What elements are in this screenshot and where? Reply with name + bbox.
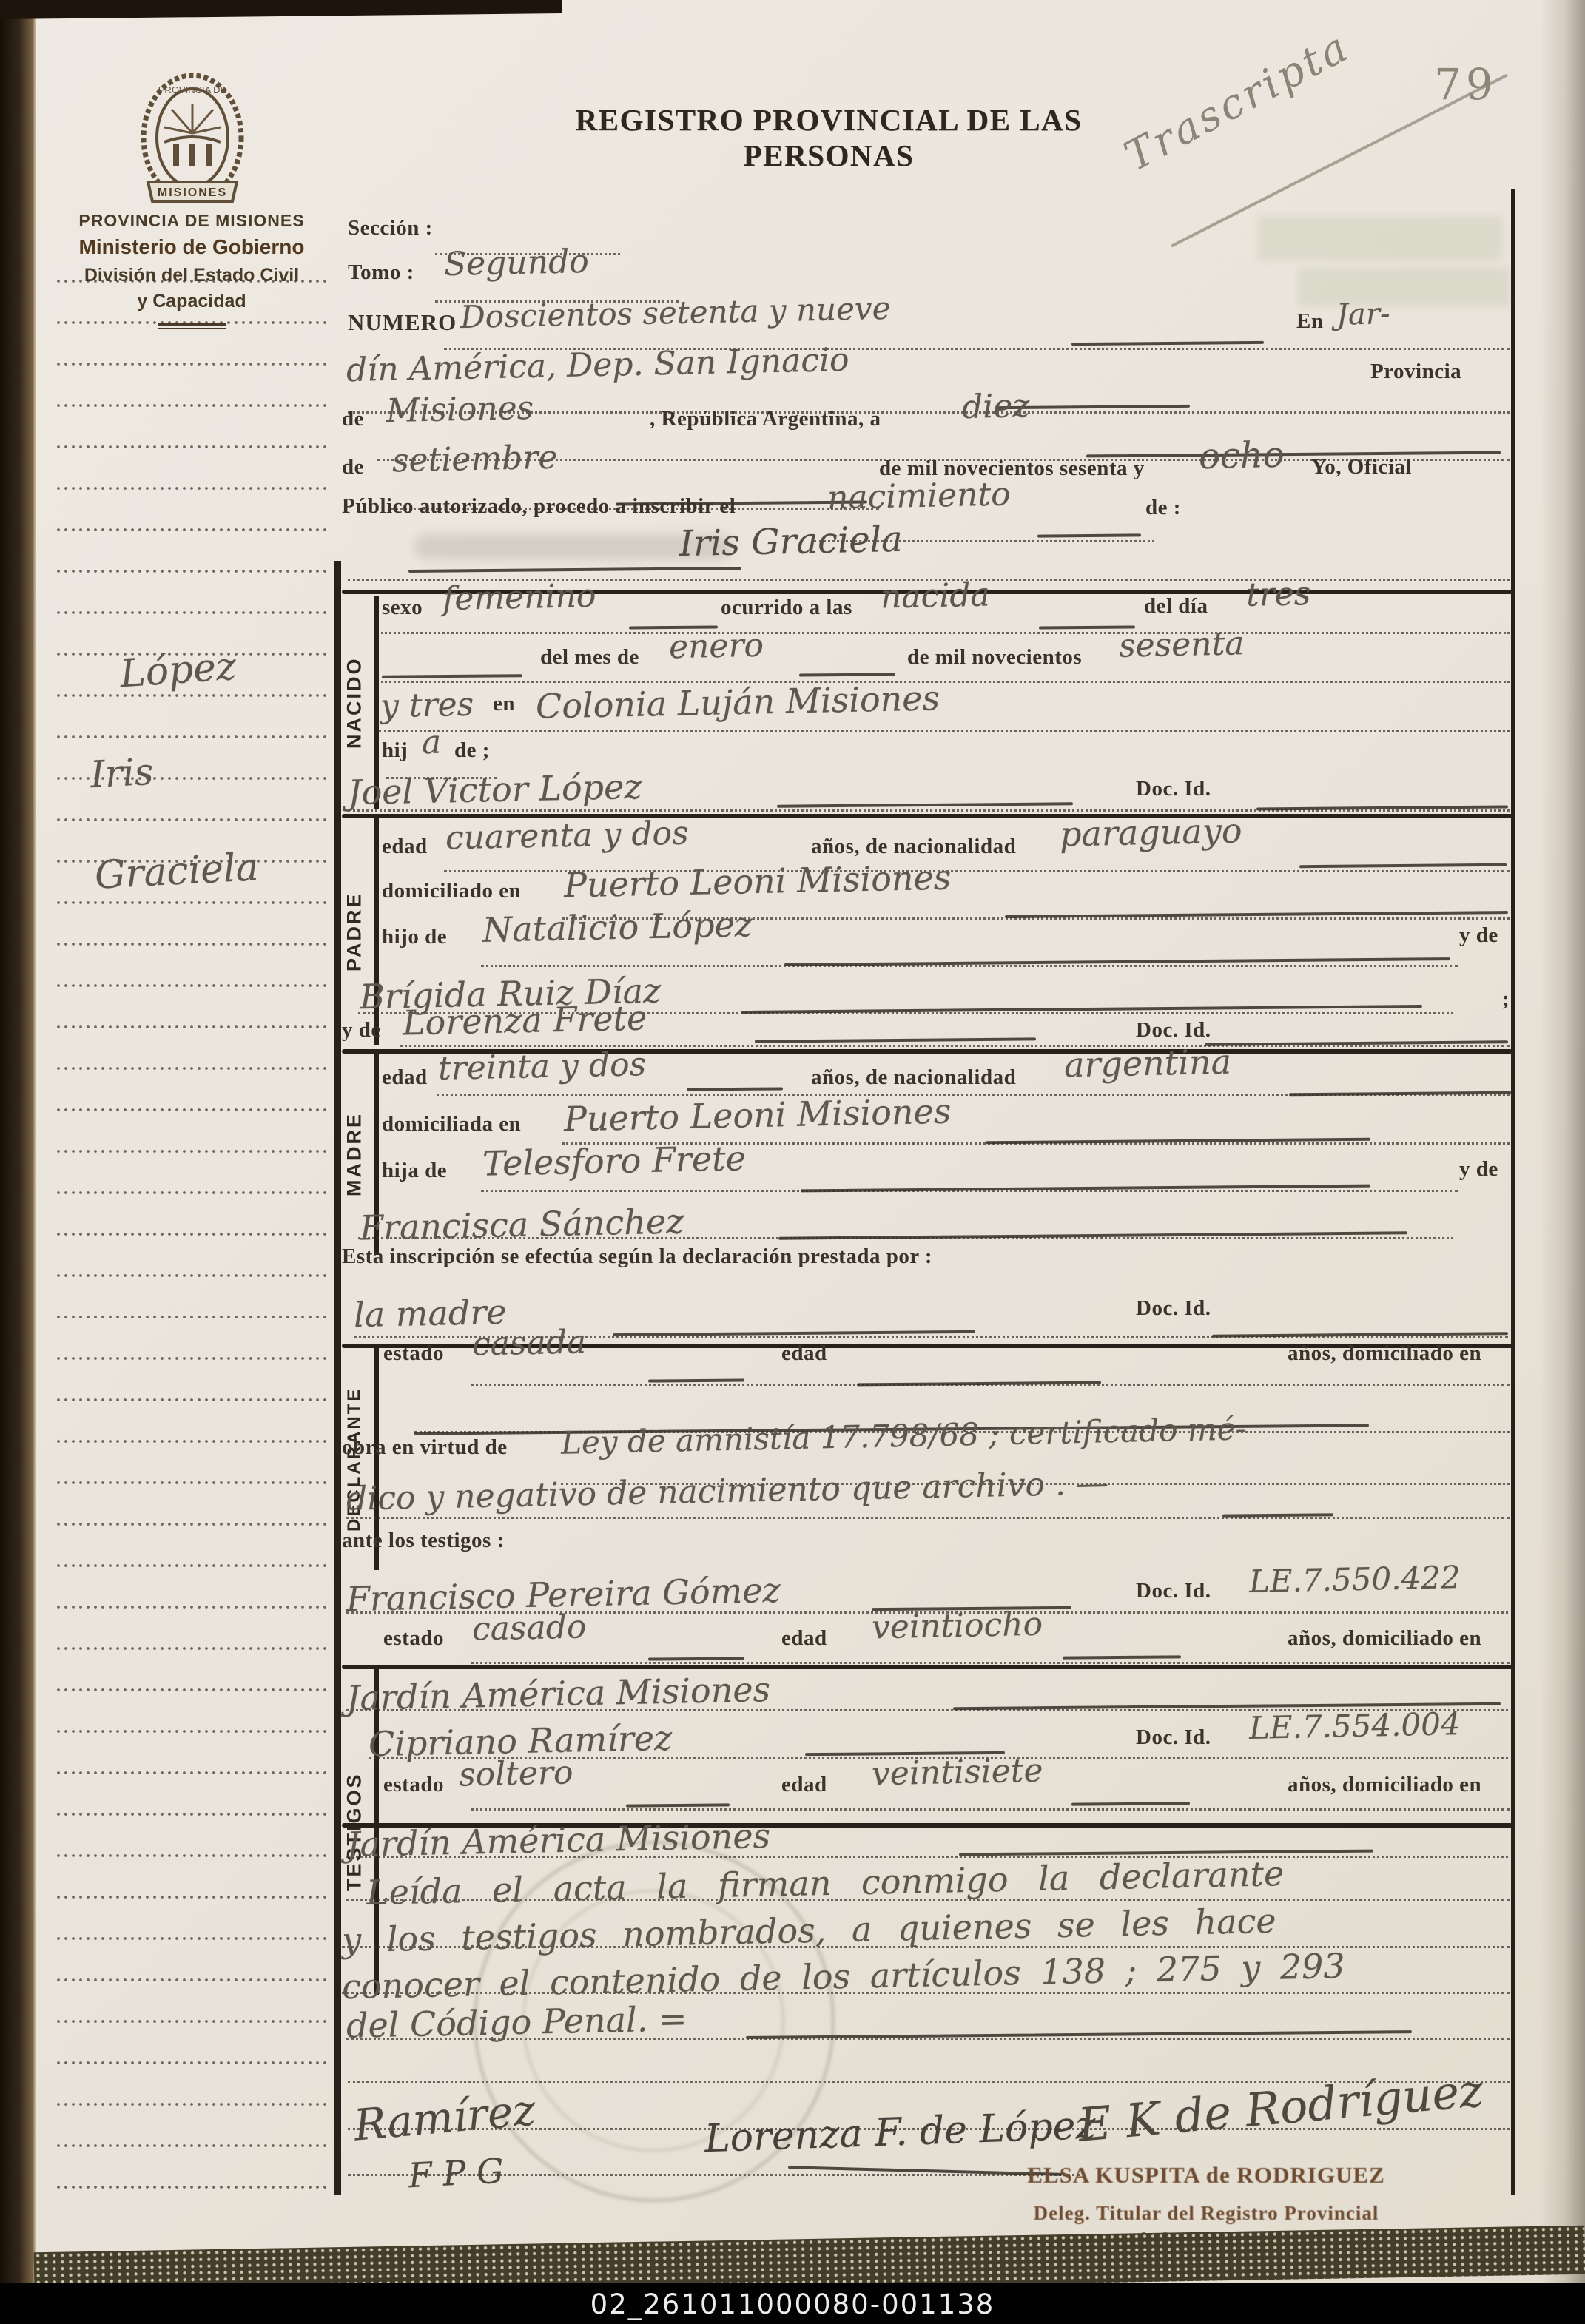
- anios-t1-label: años, domiciliado en: [1288, 1626, 1481, 1651]
- sello-oficial-nombre: ELSA KUSPITA de RODRIGUEZ: [888, 2162, 1524, 2189]
- edad-t1-label: edad: [781, 1626, 827, 1651]
- testigo1-docid-value: LE.7.550.422: [1249, 1559, 1461, 1600]
- testigo2-edad-value: veintisiete: [871, 1752, 1043, 1793]
- ocurrido-label: ocurrido a las: [721, 596, 852, 620]
- edad-madre-label: edad: [382, 1065, 428, 1090]
- mes-value: setiembre: [391, 439, 557, 480]
- dia-nacimiento-value: tres: [1245, 575, 1310, 614]
- margin-ruled-lines: [55, 244, 326, 2197]
- milnovecientos2-label: de mil novecientos: [907, 645, 1082, 670]
- de-mes-label: de: [342, 455, 364, 479]
- scanned-birth-record: PROVINCIA DE MISIONES PROVINCIA DE MISIO…: [0, 0, 1585, 2324]
- del-dia-label: del día: [1144, 594, 1208, 619]
- de-hijx-label: de ;: [454, 738, 490, 763]
- section-rule: [342, 1665, 1512, 1669]
- dotted-line: [379, 730, 1510, 732]
- y-de-madre-label: y de: [342, 1018, 381, 1043]
- dotted-line: [381, 681, 1510, 683]
- estado-t1-label: estado: [383, 1626, 444, 1651]
- dotted-line: [471, 1808, 1510, 1811]
- margin-first-name: Iris: [90, 750, 155, 796]
- domiciliado-label: domiciliado en: [382, 879, 521, 903]
- en-value: Jar-: [1336, 297, 1390, 332]
- anio-value: ocho: [1198, 434, 1285, 477]
- dotted-line: [346, 1517, 1510, 1519]
- madre-edad-value: treinta y dos: [437, 1045, 646, 1088]
- docid-madre-label: Doc. Id.: [1136, 1018, 1211, 1043]
- margin-surname: López: [118, 644, 238, 697]
- nacionalidad-madre-label: años, de nacionalidad: [811, 1065, 1016, 1090]
- hijo-de-label: hijo de: [382, 925, 447, 949]
- dotted-line: [381, 632, 1510, 634]
- abuela-materna-value: Francisca Sánchez: [359, 1201, 684, 1247]
- hija-de-label: hija de: [382, 1159, 447, 1183]
- testigo1-estado-value: casado: [471, 1608, 586, 1648]
- dotted-line: [481, 965, 1458, 967]
- margin-middle-name: Graciela: [94, 845, 260, 898]
- madre-nombre-value: Lorenza Frete: [402, 998, 647, 1043]
- sexo-label: sexo: [382, 596, 423, 620]
- estado-t2-label: estado: [383, 1773, 444, 1797]
- folio-number: 79: [1434, 59, 1498, 110]
- provincia-misiones-seal: PROVINCIA DE MISIONES: [135, 71, 250, 213]
- seal-bottom-text: MISIONES: [158, 186, 227, 199]
- padre-nombre-value: Joel Victor López: [347, 767, 642, 812]
- book-binding-edge: [0, 0, 36, 2324]
- abuelo-paterno-value: Natalicio López: [482, 904, 753, 950]
- esta-inscripcion-label: Esta inscripción se efectúa según la dec…: [342, 1244, 932, 1269]
- round-stamp-inner: [522, 1890, 784, 2152]
- dotted-line: [471, 1662, 1510, 1664]
- docid-testigo1-label: Doc. Id.: [1136, 1579, 1211, 1603]
- dia-value: diez: [961, 387, 1030, 426]
- anios-t2-label: años, domiciliado en: [1288, 1773, 1481, 1797]
- org-line: PROVINCIA DE MISIONES: [49, 211, 334, 231]
- estado-label: estado: [383, 1341, 444, 1366]
- domiciliada-label: domiciliada en: [382, 1112, 521, 1136]
- ink-bleed-through: [1299, 268, 1510, 306]
- numero-label: NUMERO: [348, 309, 457, 336]
- punto-coma-label: ;: [1502, 987, 1510, 1011]
- del-mes-label: del mes de: [540, 645, 639, 670]
- docid-testigo2-label: Doc. Id.: [1136, 1725, 1211, 1750]
- en-label: En: [1296, 309, 1323, 334]
- anio-nacimiento-value: sesenta: [1118, 624, 1245, 665]
- seccion-label: Sección :: [348, 216, 433, 240]
- provincia-label: Provincia: [1370, 360, 1461, 384]
- abuelo-materno-value: Telesforo Frete: [482, 1138, 746, 1183]
- docid-label: Doc. Id.: [1136, 777, 1211, 801]
- lugar-nacimiento-value: Colonia Luján Misiones: [535, 678, 940, 726]
- anio-nacimiento2-value: y tres: [380, 686, 474, 726]
- anios-domiciliado-label: años, domiciliado en: [1288, 1341, 1481, 1366]
- testigo1-edad-value: veintiocho: [871, 1606, 1043, 1647]
- republica-label: , República Argentina, a: [650, 407, 881, 431]
- yo-oficial-label: Yo, Oficial: [1311, 455, 1412, 479]
- edad-t2-label: edad: [781, 1773, 827, 1797]
- provincia-value: Misiones: [386, 389, 534, 430]
- madre-domicilio-value: Puerto Leoni Misiones: [563, 1091, 951, 1139]
- seal-top-text: PROVINCIA DE: [158, 84, 227, 95]
- de-label: de: [342, 407, 364, 431]
- ink-bleed-through: [1258, 216, 1502, 260]
- acto-value: nacimiento: [827, 475, 1011, 516]
- hora-value: nacida: [880, 576, 990, 616]
- inscripto-nombre-value: Iris Graciela: [679, 519, 903, 565]
- padre-edad-value: cuarenta y dos: [445, 815, 690, 858]
- y-de-label: y de: [1459, 923, 1498, 948]
- ante-testigos-label: ante los testigos :: [342, 1529, 505, 1553]
- publico-label: Público autorizado, procedo a inscribir …: [342, 494, 736, 519]
- tomo-value: Segundo: [443, 243, 589, 283]
- edad-declarante-label: edad: [781, 1341, 827, 1366]
- firma-testigo-iniciales: F P G: [408, 2151, 505, 2196]
- testigo2-estado-value: soltero: [458, 1754, 573, 1793]
- declarante-estado-value: casada: [471, 1323, 586, 1363]
- form-right-border: [1511, 189, 1515, 2195]
- sexo-value: femenino: [442, 577, 596, 618]
- obra-label: obra en virtud de: [342, 1435, 508, 1460]
- mes-nacimiento-value: enero: [668, 627, 764, 667]
- page-title: REGISTRO PROVINCIAL DE LAS PERSONAS: [511, 102, 1147, 173]
- en2-label: en: [493, 692, 515, 716]
- padre-nacionalidad-value: paraguayo: [1059, 810, 1242, 854]
- tomo-label: Tomo :: [348, 260, 414, 285]
- testigo2-docid-value: LE.7.554.004: [1249, 1705, 1461, 1746]
- scan-code-bar: 02_261011000080-001138: [0, 2283, 1585, 2324]
- edad-label: edad: [382, 835, 428, 859]
- docid-declarante-label: Doc. Id.: [1136, 1296, 1211, 1321]
- de-label-2: de :: [1145, 496, 1181, 520]
- hij-label: hij: [382, 738, 408, 763]
- padre-domicilio-value: Puerto Leoni Misiones: [563, 858, 951, 906]
- hija-letra-value: a: [421, 724, 441, 762]
- nacionalidad-label: años, de nacionalidad: [811, 835, 1016, 859]
- y-de-2-label: y de: [1459, 1157, 1498, 1182]
- page-right-edge-shade: [1539, 0, 1585, 2324]
- madre-nacionalidad-value: argentina: [1063, 1042, 1231, 1085]
- scan-reference-code: 02_261011000080-001138: [0, 2283, 1585, 2324]
- sello-oficial-cargo1: Deleg. Titular del Registro Provincial: [888, 2202, 1524, 2225]
